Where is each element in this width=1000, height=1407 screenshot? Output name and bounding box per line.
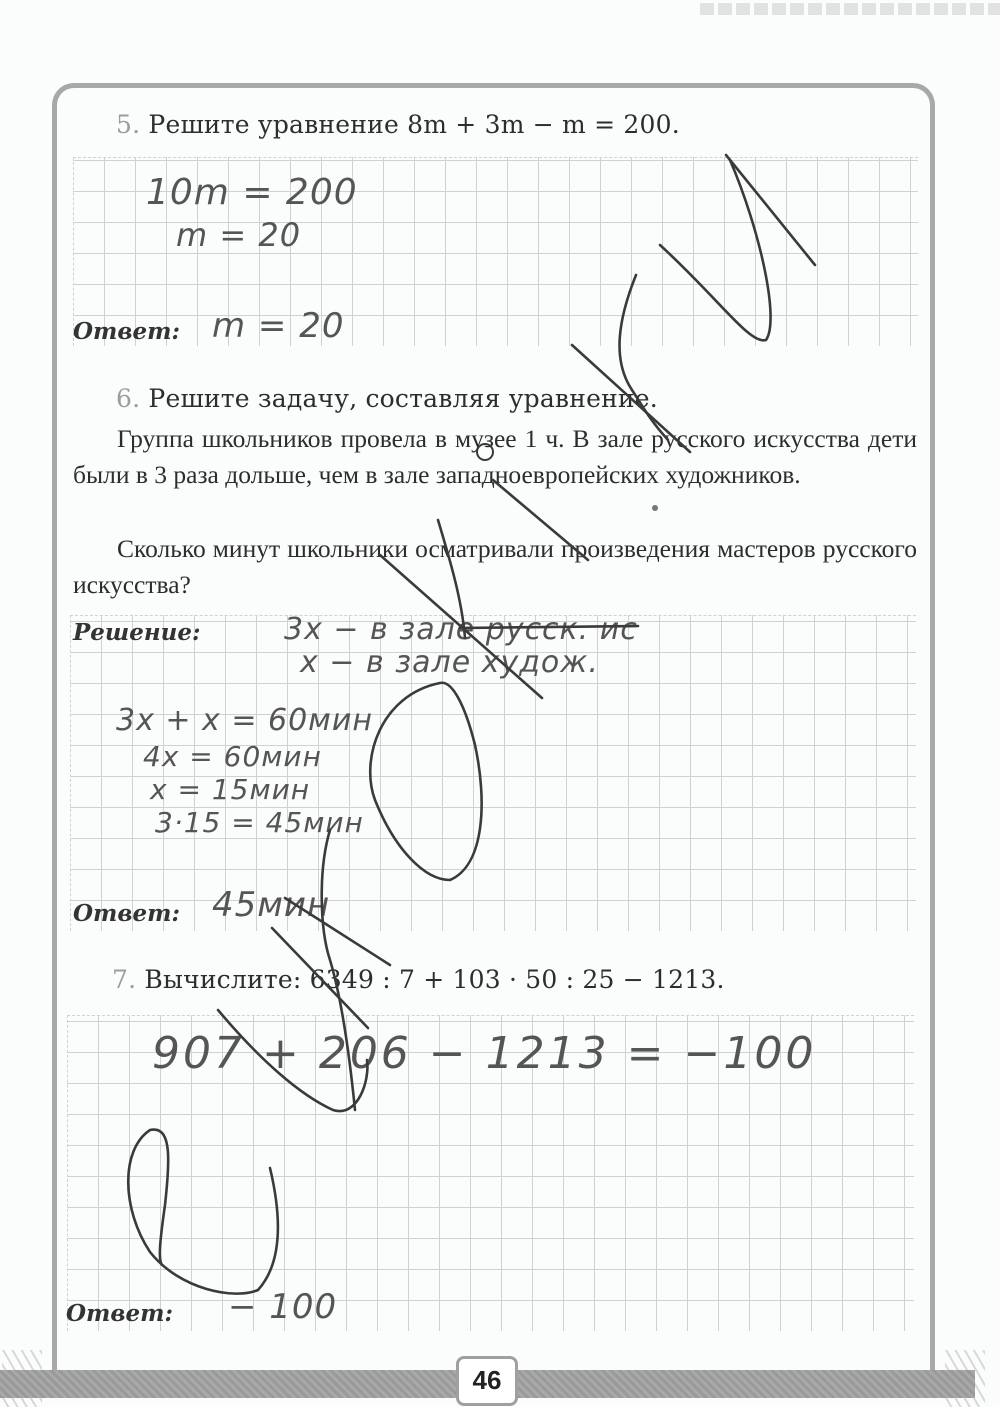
task-6-work-line: 3x + x = 60мин <box>116 703 373 738</box>
task-number: 7. <box>112 965 136 994</box>
task-6-paragraph-1: Группа школьников провела в музее 1 ч. В… <box>73 421 917 493</box>
task-7-work-line: 907 + 206 − 1213 = −100 <box>152 1028 816 1079</box>
task-6-answer-label: Ответ: <box>73 900 180 927</box>
paragraph-text: Группа школьников провела в музее 1 ч. В… <box>73 424 917 489</box>
task-6-answer: 45мин <box>212 885 330 925</box>
task-5-answer-label: Ответ: <box>73 318 180 345</box>
task-number: 5. <box>116 110 140 139</box>
task-6-note: 3x − в зале русск. ис <box>284 612 638 647</box>
task-5-work-line: 10m = 200 <box>146 172 358 213</box>
task-6-note: x − в зале худож. <box>300 645 599 680</box>
task-6-heading: 6. Решите задачу, составляя уравнение. <box>116 382 658 416</box>
scan-artifact <box>700 3 1000 15</box>
task-7-answer: − 100 <box>228 1287 337 1327</box>
task-6-work-line: x = 15мин <box>150 773 310 806</box>
task-5-heading: 5. Решите уравнение 8m + 3m − m = 200. <box>116 108 680 142</box>
task-6-solution-label: Решение: <box>73 619 201 646</box>
task-number: 6. <box>116 384 140 413</box>
task-6-work-line: 3·15 = 45мин <box>155 806 364 839</box>
task-6-paragraph-2: Сколько минут школьники осматривали прои… <box>73 531 917 603</box>
task-title: Решите уравнение 8m + 3m − m = 200. <box>148 110 679 139</box>
task-7-heading: 7. Вычислите: 6349 : 7 + 103 · 50 : 25 −… <box>112 963 725 997</box>
task-6-work-line: 4x = 60мин <box>143 740 322 773</box>
paragraph-text: Сколько минут школьники осматривали прои… <box>73 534 917 599</box>
task-7-answer-label: Ответ: <box>66 1300 173 1327</box>
task-title: Решите задачу, составляя уравнение. <box>148 384 658 413</box>
task-5-work-line: m = 20 <box>176 216 301 254</box>
page-number: 46 <box>456 1356 518 1406</box>
task-title: Вычислите: 6349 : 7 + 103 · 50 : 25 − 12… <box>144 965 724 994</box>
task-5-answer: m = 20 <box>212 306 345 346</box>
